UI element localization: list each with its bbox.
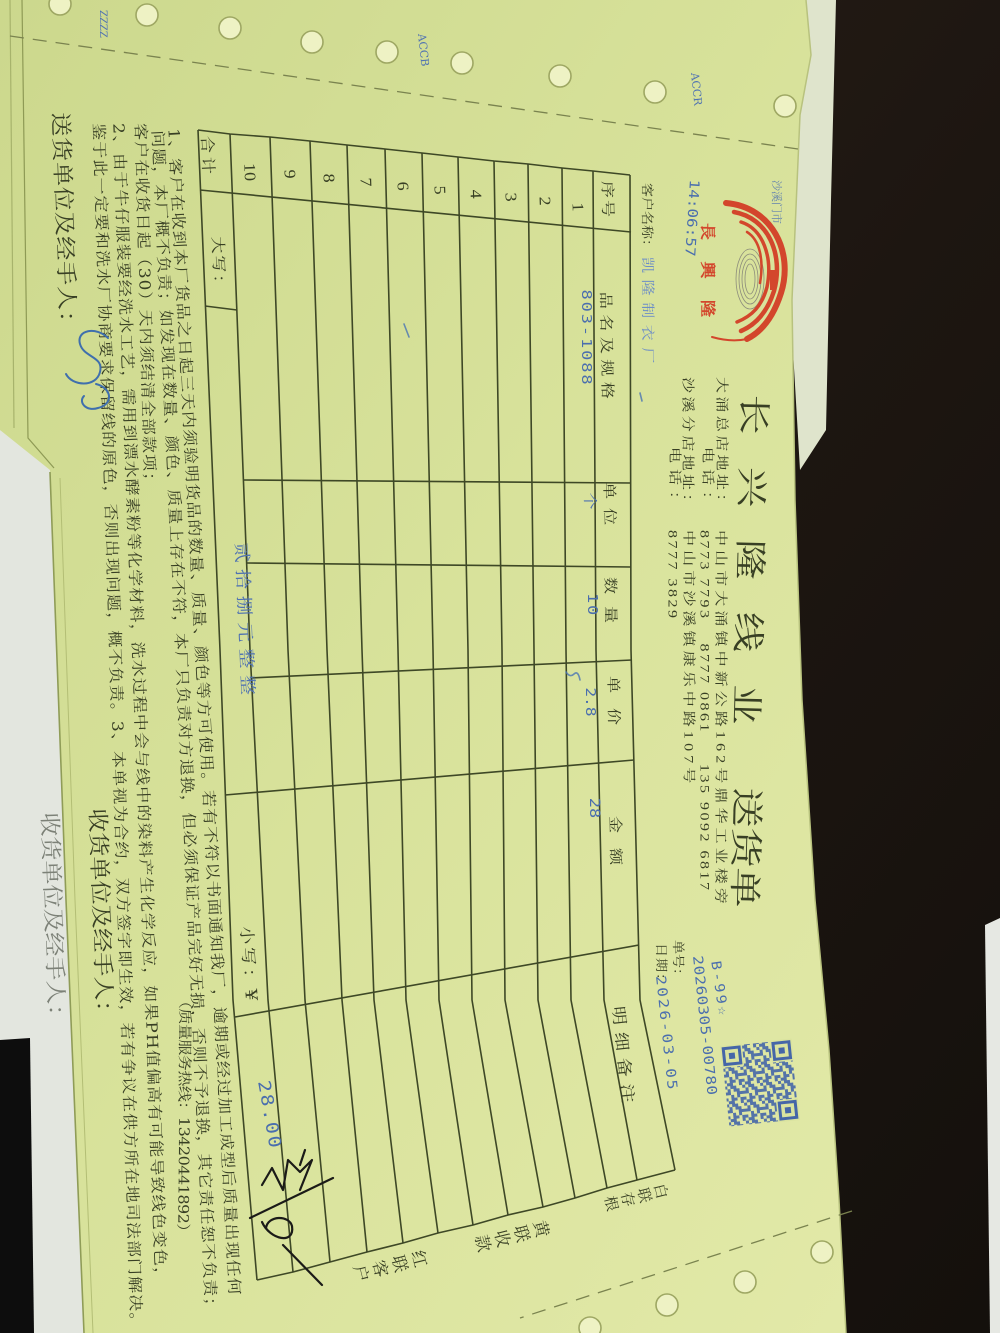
delivery-note-photo: 收货单位及经手人： (0, 0, 1000, 1333)
signature-scribble (250, 1150, 333, 1285)
pen-tick-marks (404, 324, 642, 680)
handwriting-layer (0, 0, 1000, 1333)
blue-handwritten-mark (66, 331, 109, 409)
